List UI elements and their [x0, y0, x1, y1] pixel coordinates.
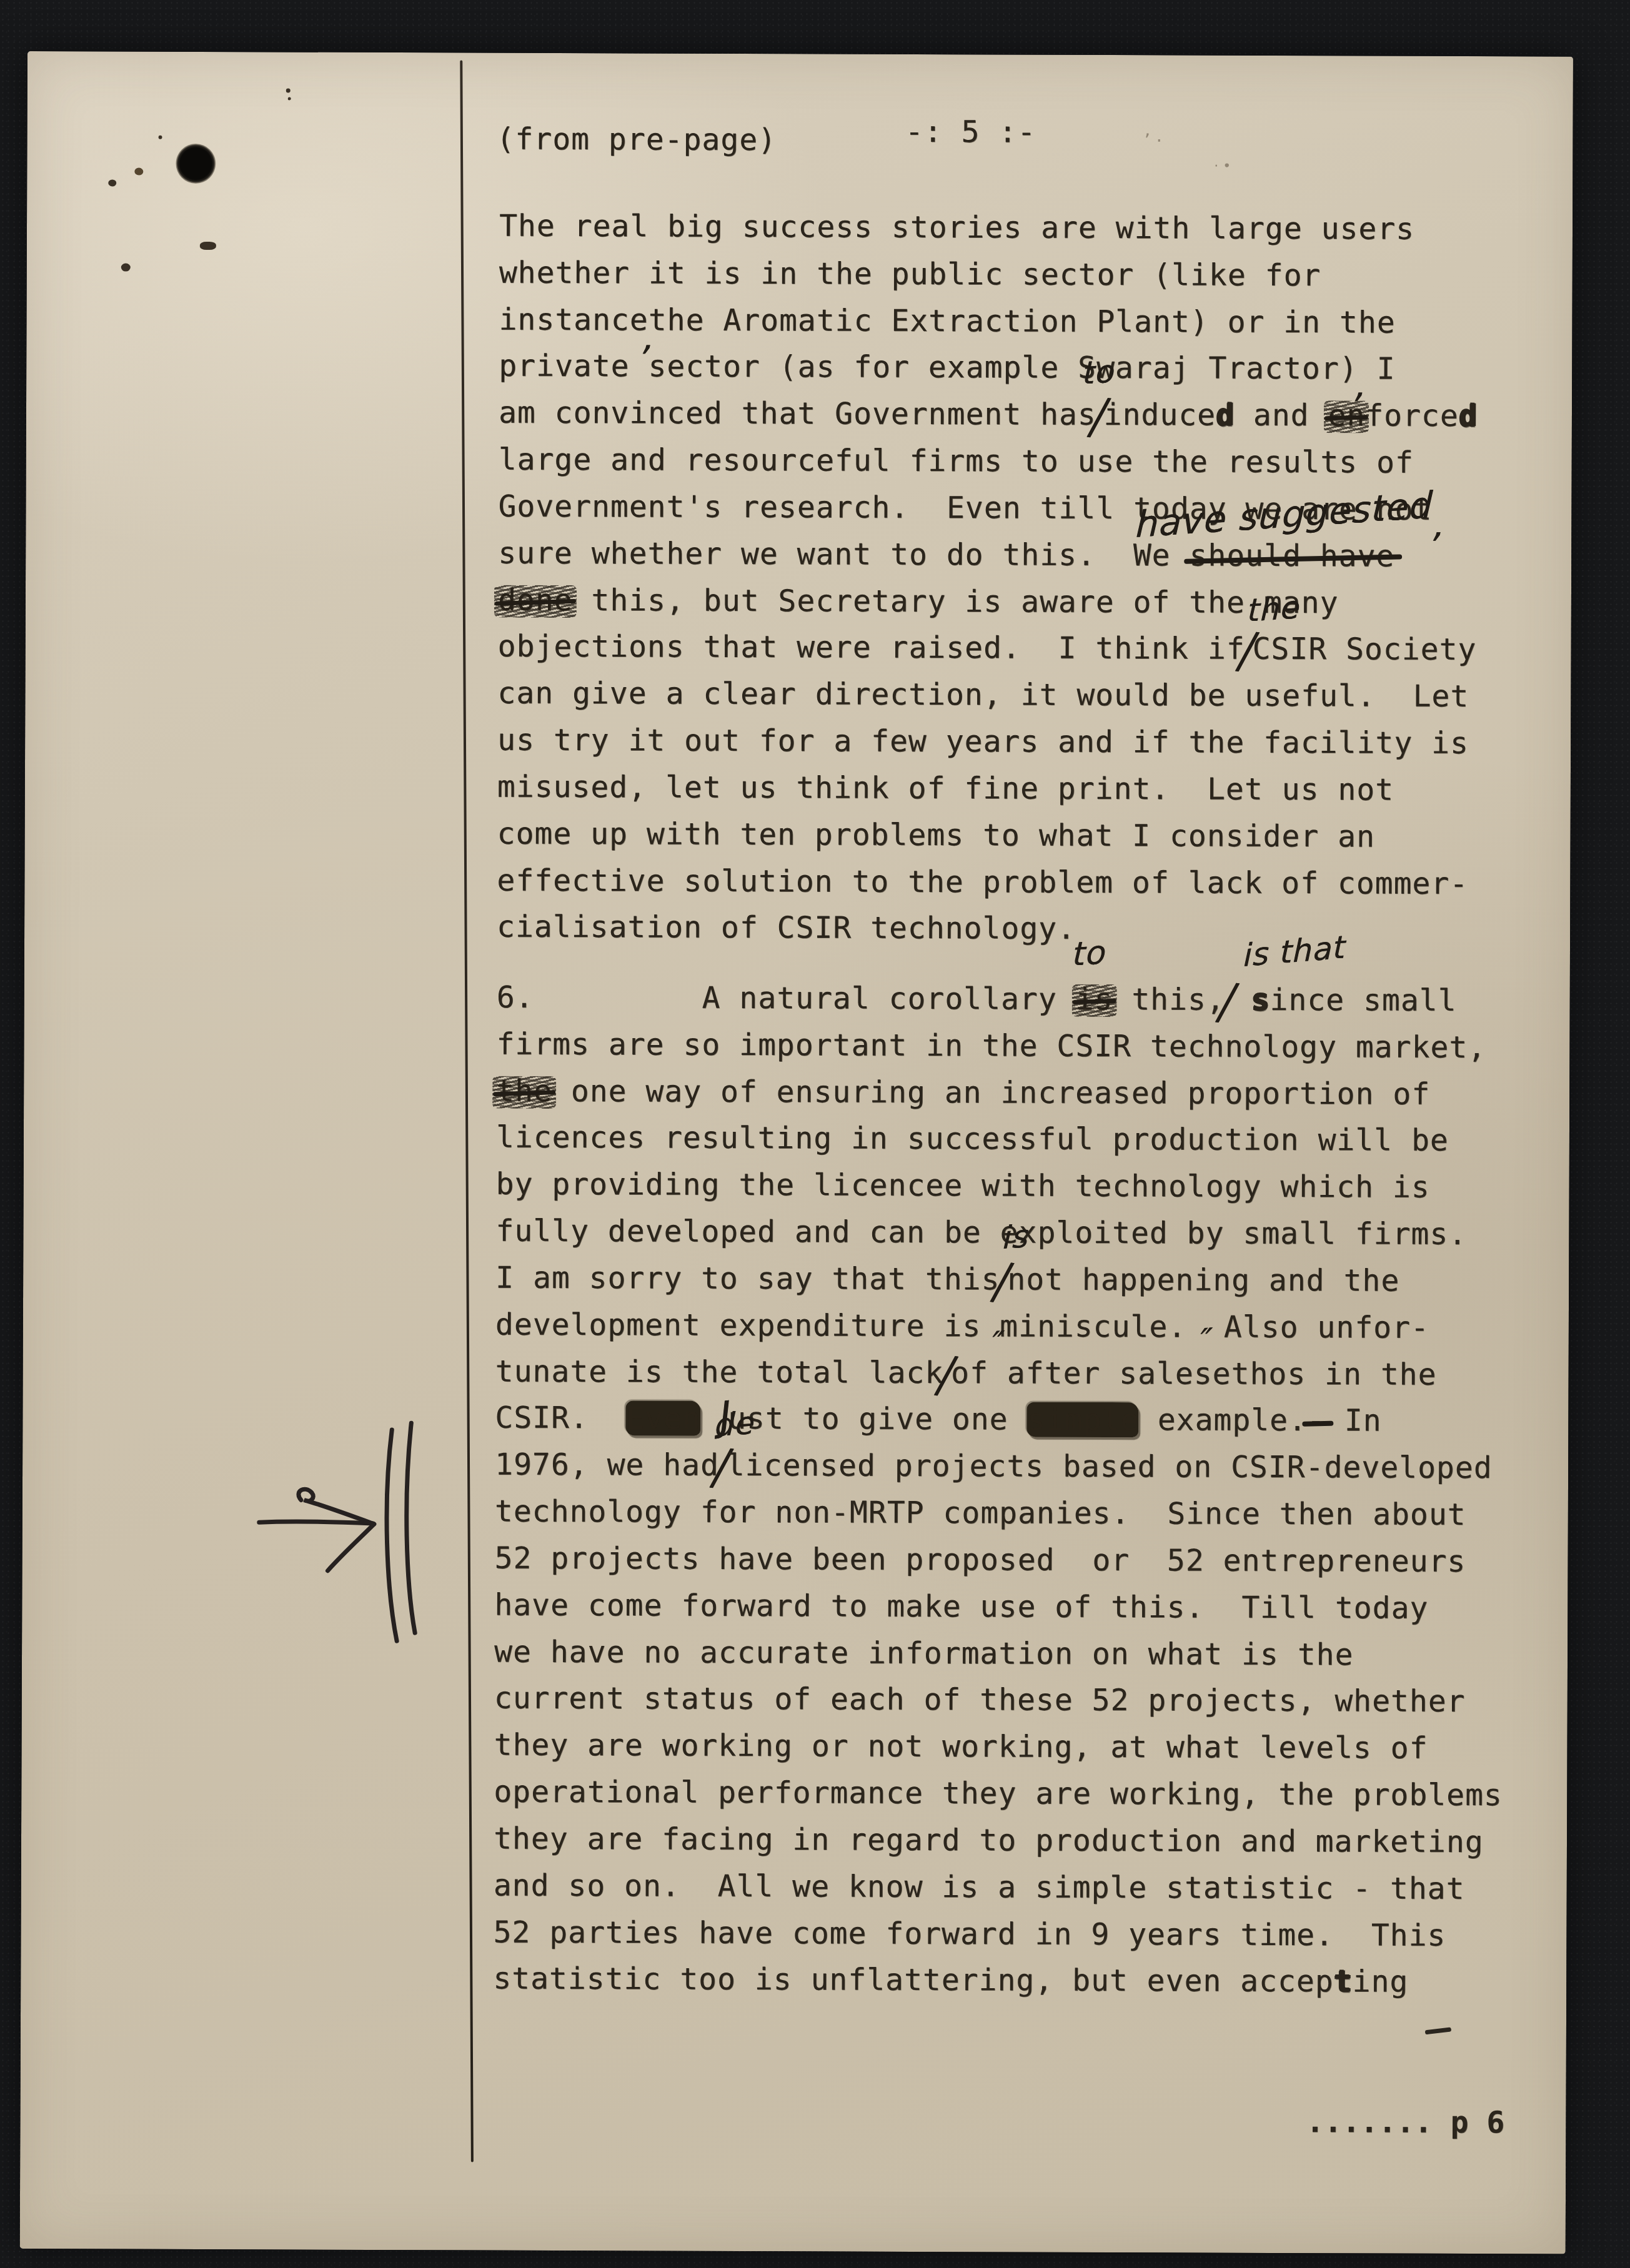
typed-text: us try it out for a few years and if the…: [497, 723, 1469, 761]
inked-out-text: simple: [1026, 1402, 1139, 1438]
typed-line: by providing the licencee with technolog…: [496, 1166, 1430, 1206]
typed-line: 52 parties have come forward in 9 years …: [493, 1914, 1446, 1954]
overstruck-character: s: [1251, 983, 1270, 1018]
typed-text: technology for non-MRTP companies. Since…: [495, 1494, 1466, 1532]
handwritten-insertion: is: [1002, 1221, 1030, 1254]
handwritten-insertion: ,: [1433, 508, 1447, 543]
typed-line: tunate is the total lack/of ″after sales…: [495, 1354, 1437, 1393]
typed-text: by providing the licencee with technolog…: [496, 1167, 1430, 1205]
typed-line: current status of each of these 52 proje…: [494, 1680, 1466, 1720]
typed-text: development expenditure is miniscule. Al…: [495, 1307, 1429, 1345]
double-emphasis-lines: [386, 1423, 415, 1641]
typed-text: have come forward to make use of this. T…: [494, 1588, 1428, 1626]
typed-text: misused, let us think of fine print. Let…: [497, 770, 1394, 808]
typed-text: effective solution to the problem of lac…: [497, 863, 1468, 901]
typed-text: we have no accurate information on what …: [494, 1635, 1354, 1673]
typed-text: I: [1358, 351, 1395, 386]
typed-line: sure whether we want to do this. We shou…: [498, 535, 1394, 575]
document-body: The real big success stories are with la…: [27, 51, 1573, 57]
typed-text: [1233, 983, 1251, 1018]
typed-line: fully developed and can be exploited by …: [495, 1213, 1467, 1252]
page-number: -: 5 :-: [877, 114, 1064, 150]
typed-line: the one way of ensuring an increased pro…: [496, 1073, 1430, 1112]
handwritten-insertion: to: [1082, 355, 1116, 389]
typed-line: technology for non-MRTP companies. Since…: [495, 1493, 1466, 1533]
typed-line: whether it is in the public sector (like…: [499, 255, 1321, 294]
overstruck-character: d: [1459, 399, 1478, 433]
typed-line: licences resulting in successful product…: [496, 1119, 1449, 1159]
typed-text: whether it is in the public sector (like…: [499, 255, 1321, 294]
typed-text: and so on. All we know is a simple stati…: [494, 1868, 1465, 1906]
typed-text: one way of ensuring an increased proport…: [552, 1074, 1430, 1112]
scanned-document-screenshot: { "document": { "page_number_header": "-…: [0, 0, 1630, 2268]
typed-text: the Aromatic Extraction Plant) or in the: [649, 302, 1396, 340]
typed-text: CSIR.: [495, 1400, 625, 1436]
typed-line: have come forward to make use of this. T…: [494, 1587, 1428, 1627]
typed-text: licences resulting in successful product…: [496, 1120, 1449, 1158]
typed-text: force: [1365, 398, 1459, 433]
paper-speck: [159, 136, 162, 139]
handwritten-insertion: ″: [991, 1327, 1005, 1360]
inked-out-text: Even: [626, 1400, 701, 1435]
document-page: ’ · · • -: 5 :- (from pre-page) The real…: [20, 51, 1573, 2254]
pencil-smudge: ’ ·: [1144, 130, 1162, 152]
handwritten-insertion: the: [1247, 592, 1301, 626]
paper-speck: [134, 168, 143, 176]
typed-line: effective solution to the problem of lac…: [497, 863, 1468, 902]
typed-text: cialisation of CSIR technology.: [497, 909, 1076, 946]
typed-text: ust to give one: [728, 1401, 1027, 1437]
struck-text: should have: [1189, 538, 1394, 573]
typed-text: ing: [1352, 1964, 1408, 1999]
typed-line: statistic too is unflattering, but even …: [493, 1961, 1408, 2000]
scribbled-out-text: is: [1075, 982, 1113, 1017]
typed-text: not happening and the: [1007, 1262, 1399, 1298]
typed-text: operational performance they are working…: [494, 1775, 1503, 1813]
typed-line: I am sorry to say that this/isnot happen…: [495, 1260, 1399, 1299]
typed-line: objections that were raised. I think if/…: [498, 628, 1477, 668]
scribbled-out-text: en: [1328, 398, 1365, 433]
typed-line: they are facing in regard to production …: [494, 1821, 1484, 1861]
handwritten-insertion: is that: [1243, 931, 1346, 971]
typed-text: they are working or not working, at what…: [494, 1728, 1428, 1766]
typed-line: come up with ten problems to what I cons…: [497, 816, 1375, 855]
typed-line: development expenditure is miniscule. Al…: [495, 1307, 1429, 1346]
typed-text: am convinced that Government has: [499, 395, 1096, 432]
typed-text: 52 parties have come forward in 9 years …: [493, 1915, 1446, 1953]
typed-text: instance: [499, 302, 648, 338]
typed-text: large and resourceful firms to use the r…: [499, 442, 1414, 480]
typed-text: example.: [1139, 1402, 1307, 1438]
typed-text: come up with ten problems to what I cons…: [497, 816, 1375, 854]
typed-line: we have no accurate information on what …: [494, 1634, 1354, 1673]
typed-line: CSIR. Even Just to give one simple examp…: [495, 1400, 1381, 1439]
scribbled-out-text: the: [496, 1074, 552, 1109]
typed-text: firms are so important in the CSIR techn…: [496, 1027, 1486, 1066]
overstruck-character: d: [1216, 398, 1235, 433]
typed-line: cialisation of CSIR technology.: [497, 909, 1076, 947]
typed-text: statistic too is unflattering, but even …: [493, 1961, 1334, 1999]
typed-line: can give a clear direction, it would be …: [497, 675, 1469, 715]
typed-line: they are working or not working, at what…: [494, 1727, 1428, 1766]
typed-line: and so on. All we know is a simple stati…: [494, 1868, 1465, 1907]
typed-line: firms are so important in the CSIR techn…: [496, 1026, 1486, 1066]
typed-text: In: [1326, 1403, 1382, 1438]
typed-line: 52 projects have been proposed or 52 ent…: [494, 1540, 1466, 1580]
typed-text: ethos in the: [1213, 1357, 1437, 1392]
typed-text: licensed projects based on CSIR-develope…: [727, 1448, 1493, 1485]
typed-text: this, but Secretary is aware of the many: [572, 583, 1338, 620]
struck-text: -: [1307, 1403, 1326, 1438]
typed-line: instance,the Aromatic Extraction Plant) …: [499, 302, 1395, 341]
margin-annotation: [241, 1401, 441, 1670]
typed-text: tunate is the total lack: [495, 1354, 944, 1391]
typed-text: they are facing in regard to production …: [494, 1821, 1484, 1860]
continuation-note: (from pre-page): [496, 122, 777, 158]
arrow-icon: [259, 1489, 374, 1571]
typed-text: objections that were raised. I think if: [498, 629, 1245, 666]
pencil-smudge: · •: [1214, 159, 1231, 174]
paper-speck: [200, 242, 216, 250]
handwritten-insertion: ″: [1199, 1324, 1213, 1357]
typed-line: am convinced that Government has/toinduc…: [499, 395, 1478, 434]
handwritten-insertion: to: [1072, 936, 1107, 971]
typed-text: this,: [1113, 982, 1225, 1018]
typed-text: The real big success stories are with la…: [499, 209, 1414, 247]
typed-line: done this, but Secretary is aware of the…: [498, 582, 1339, 621]
typed-line: operational performance they are working…: [494, 1774, 1503, 1814]
punch-hole: [176, 144, 216, 184]
paper-speck: [288, 97, 291, 100]
typed-text: fully developed and can be exploited by …: [495, 1214, 1467, 1252]
typed-line: The real big success stories are with la…: [499, 208, 1414, 247]
scribbled-out-text: done: [498, 583, 573, 618]
typed-line: 6. A natural corollary isto this,/is tha…: [497, 979, 1457, 1019]
typed-text: current status of each of these 52 proje…: [494, 1681, 1466, 1719]
typed-text: 52 projects have been proposed or 52 ent…: [494, 1541, 1466, 1579]
typed-text: after sales: [1007, 1355, 1213, 1391]
stray-pen-dash: [1425, 2027, 1452, 2034]
typed-text: 6. A natural corollary: [497, 980, 1076, 1017]
typed-text: and: [1235, 398, 1328, 433]
typed-text: CSIR Society: [1252, 631, 1476, 667]
typed-line: private sector (as for example Swaraj Tr…: [499, 348, 1395, 387]
typed-line: us try it out for a few years and if the…: [497, 722, 1469, 761]
next-page-indicator: ....... p 6: [1306, 2104, 1504, 2140]
typed-text: ince small: [1270, 983, 1456, 1018]
paper-speck: [286, 88, 291, 92]
typed-text: can give a clear direction, it would be …: [497, 676, 1469, 714]
typed-text: 1976, we had: [495, 1447, 719, 1483]
typed-text: private sector (as for example Swaraj Tr…: [499, 349, 1358, 387]
typed-line: large and resourceful firms to use the r…: [499, 442, 1414, 481]
typed-line: 1976, we had/delicensed projects based o…: [495, 1447, 1493, 1487]
typed-text: induce: [1104, 397, 1216, 433]
paper-speck: [121, 264, 131, 272]
handwritten-insertion: de: [714, 1407, 755, 1442]
margin-rule: [460, 60, 474, 2162]
typed-text: I am sorry to say that this: [495, 1260, 1000, 1297]
overstruck-character: t: [1334, 1964, 1353, 1999]
paper-speck: [108, 179, 116, 186]
typed-text: sure whether we want to do this. We: [498, 536, 1189, 573]
typed-line: misused, let us think of fine print. Let…: [497, 769, 1394, 808]
